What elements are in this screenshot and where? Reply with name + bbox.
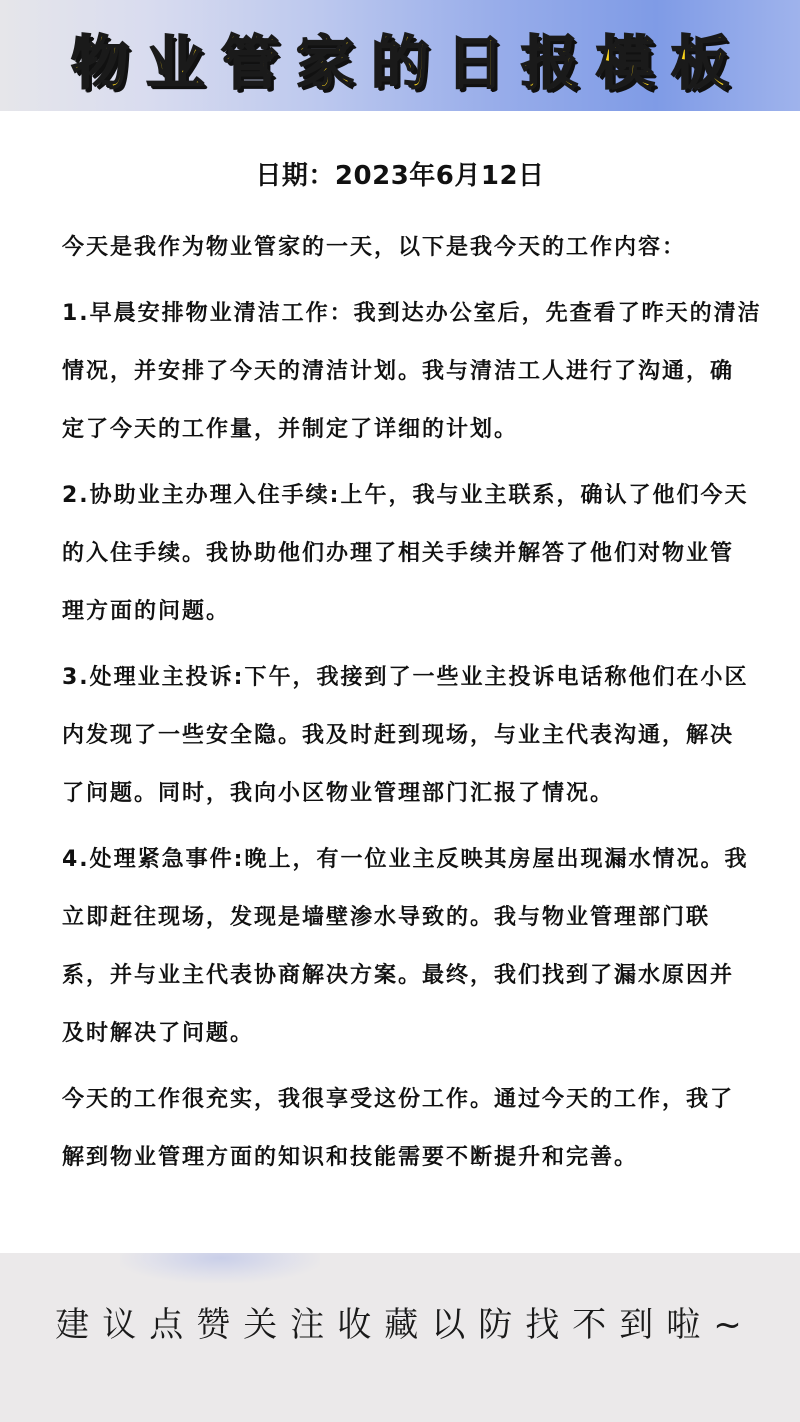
conclusion-line: 今天的工作很充实，我很享受这份工作。通过今天的工作，我了 bbox=[62, 1085, 772, 1143]
work-item-line: 2.协助业主办理入住手续:上午，我与业主联系，确认了他们今天 bbox=[62, 481, 772, 539]
work-item-1: 1.早晨安排物业清洁工作：我到达办公室后，先查看了昨天的清洁 情况，并安排了今天… bbox=[62, 299, 772, 473]
footer-banner: 建议点赞关注收藏以防找不到啦~ bbox=[0, 1253, 800, 1422]
conclusion-line: 解到物业管理方面的知识和技能需要不断提升和完善。 bbox=[62, 1143, 772, 1201]
work-item-line: 立即赶往现场，发现是墙壁渗水导致的。我与物业管理部门联 bbox=[62, 903, 772, 961]
header-banner: 物业管家的日报模板 bbox=[0, 0, 800, 111]
page-title: 物业管家的日报模板 bbox=[0, 28, 800, 98]
report-content: 日期：2023年6月12日 今天是我作为物业管家的一天，以下是我今天的工作内容：… bbox=[0, 111, 800, 1253]
work-item-3: 3.处理业主投诉:下午，我接到了一些业主投诉电话称他们在小区 内发现了一些安全隐… bbox=[62, 663, 772, 837]
work-item-line: 了问题。同时，我向小区物业管理部门汇报了情况。 bbox=[62, 779, 772, 837]
intro-line: 今天是我作为物业管家的一天，以下是我今天的工作内容： bbox=[62, 233, 772, 291]
footer-call-to-action: 建议点赞关注收藏以防找不到啦~ bbox=[0, 1305, 800, 1345]
report-body: 今天是我作为物业管家的一天，以下是我今天的工作内容： 1.早晨安排物业清洁工作：… bbox=[62, 233, 772, 1201]
conclusion: 今天的工作很充实，我很享受这份工作。通过今天的工作，我了 解到物业管理方面的知识… bbox=[62, 1085, 772, 1201]
work-item-line: 理方面的问题。 bbox=[62, 597, 772, 655]
work-item-line: 及时解决了问题。 bbox=[62, 1019, 772, 1077]
work-item-2: 2.协助业主办理入住手续:上午，我与业主联系，确认了他们今天 的入住手续。我协助… bbox=[62, 481, 772, 655]
work-item-line: 4.处理紧急事件:晚上，有一位业主反映其房屋出现漏水情况。我 bbox=[62, 845, 772, 903]
decorative-glow bbox=[120, 1253, 320, 1283]
work-item-line: 系，并与业主代表协商解决方案。最终，我们找到了漏水原因并 bbox=[62, 961, 772, 1019]
work-item-line: 定了今天的工作量，并制定了详细的计划。 bbox=[62, 415, 772, 473]
work-item-line: 内发现了一些安全隐。我及时赶到现场，与业主代表沟通，解决 bbox=[62, 721, 772, 779]
work-item-line: 的入住手续。我协助他们办理了相关手续并解答了他们对物业管 bbox=[62, 539, 772, 597]
report-date: 日期：2023年6月12日 bbox=[0, 156, 800, 196]
work-item-line: 情况，并安排了今天的清洁计划。我与清洁工人进行了沟通，确 bbox=[62, 357, 772, 415]
work-item-4: 4.处理紧急事件:晚上，有一位业主反映其房屋出现漏水情况。我 立即赶往现场，发现… bbox=[62, 845, 772, 1077]
work-item-line: 1.早晨安排物业清洁工作：我到达办公室后，先查看了昨天的清洁 bbox=[62, 299, 772, 357]
work-item-line: 3.处理业主投诉:下午，我接到了一些业主投诉电话称他们在小区 bbox=[62, 663, 772, 721]
